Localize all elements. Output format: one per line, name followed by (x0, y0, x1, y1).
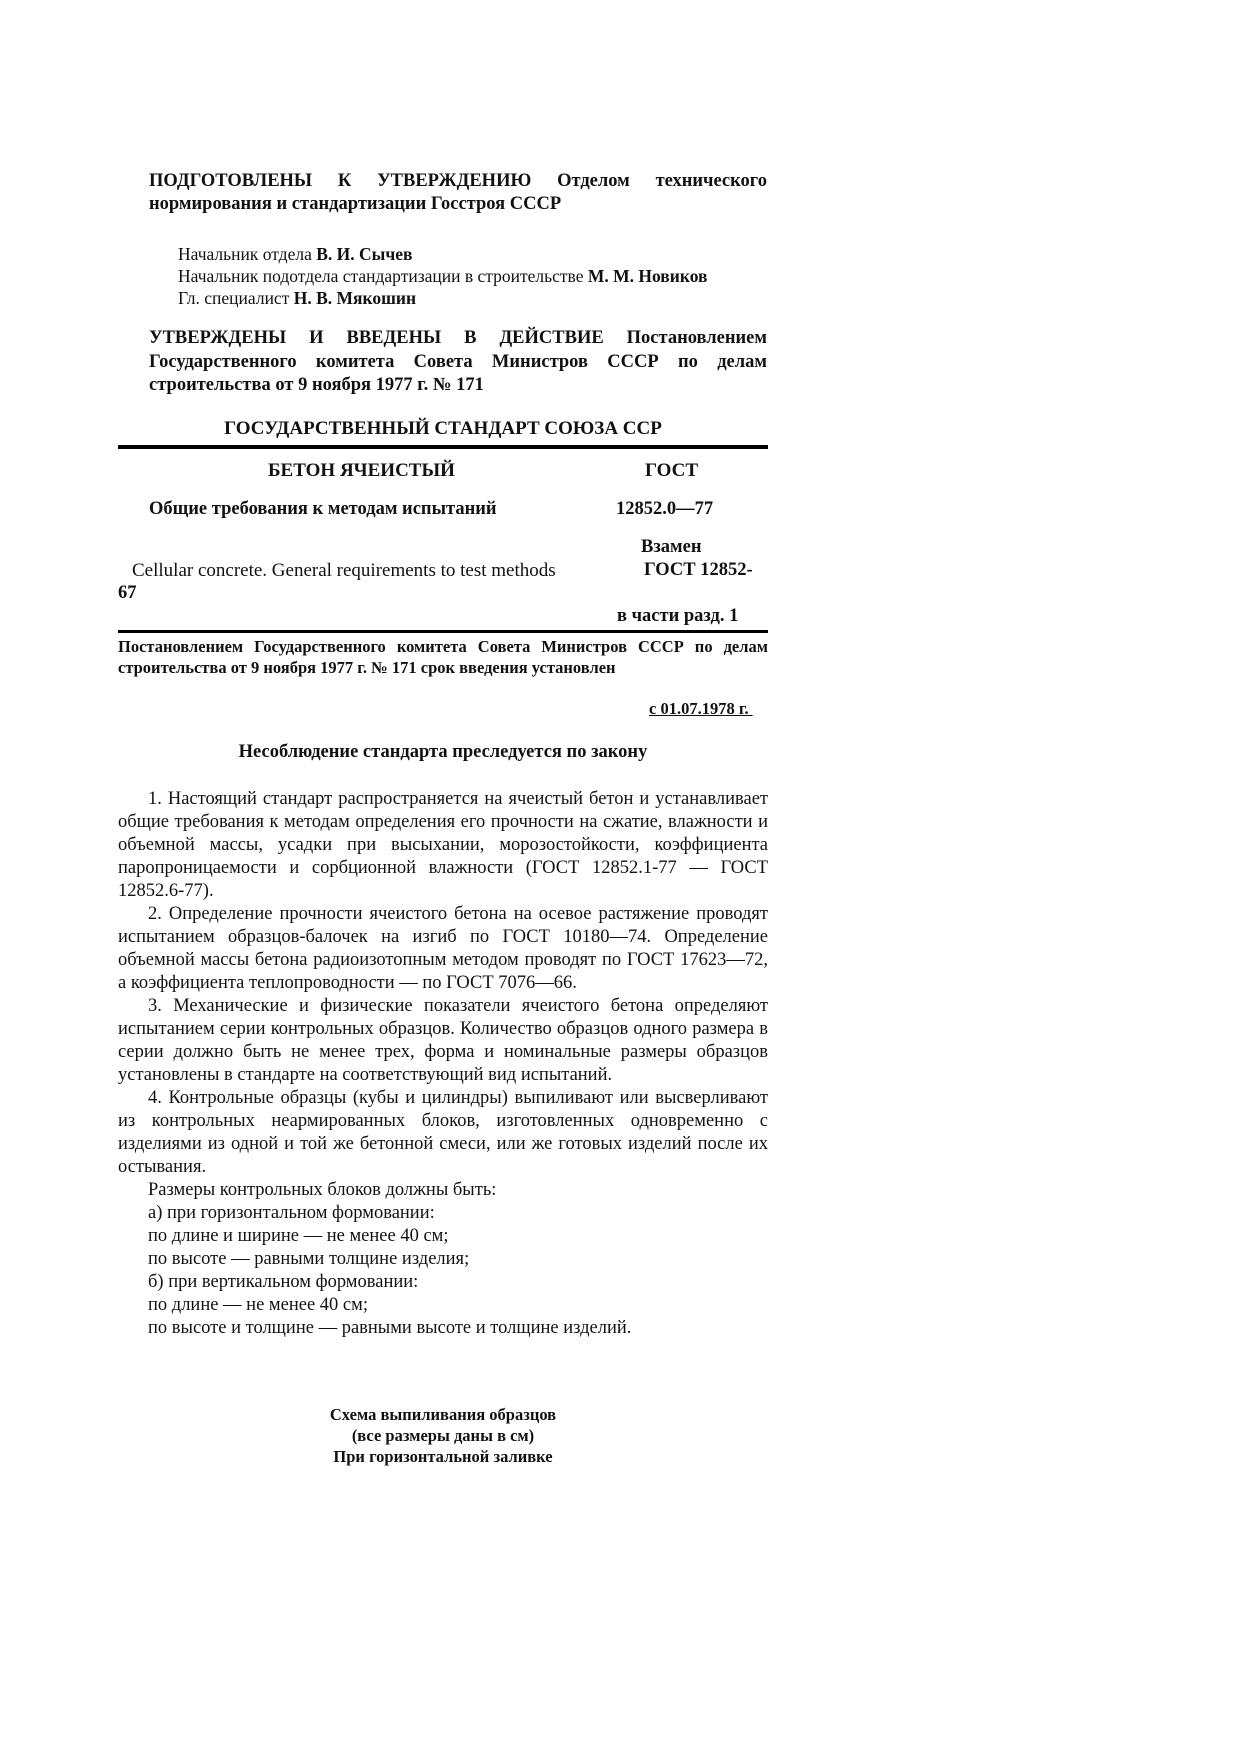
list-item: по длине — не менее 40 см; (118, 1294, 768, 1317)
staff-role: Начальник подотдела стандартизации в стр… (178, 266, 583, 286)
effective-date: с 01.07.1978 г. (649, 699, 753, 719)
header-top-rule (118, 445, 768, 449)
paragraph-2: 2. Определение прочности ячеистого бетон… (118, 903, 768, 995)
list-item: по высоте и толщине — равными высоте и т… (118, 1317, 768, 1340)
staff-row: Начальник отдела В. И. Сычев (178, 243, 798, 265)
header-bottom-rule (118, 630, 768, 633)
gost-number: 12852.0—77 (616, 499, 713, 520)
approved-lead: УТВЕРЖДЕНЫ И ВВЕДЕНЫ В ДЕЙСТВИЕ (149, 328, 604, 348)
document-title: БЕТОН ЯЧЕИСТЫЙ (268, 460, 455, 482)
staff-row: Гл. специалист Н. В. Мякошин (178, 287, 798, 309)
list-item: по высоте — равными толщине изделия; (118, 1248, 768, 1271)
scheme-caption: Схема выпиливания образцов (все размеры … (118, 1404, 768, 1467)
document-page: ПОДГОТОВЛЕНЫ К УТВЕРЖДЕНИЮ Отделом техни… (0, 0, 1240, 1753)
prepared-lead: ПОДГОТОВЛЕНЫ К УТВЕРЖДЕНИЮ (149, 171, 531, 191)
document-subtitle: Общие требования к методам испытаний (149, 499, 497, 520)
sizes-intro: Размеры контрольных блоков должны быть: (118, 1179, 768, 1202)
staff-role: Начальник отдела (178, 244, 312, 264)
law-notice: Несоблюдение стандарта преследуется по з… (118, 742, 768, 763)
replaced-gost: ГОСТ 12852- (644, 560, 753, 581)
staff-name: М. М. Новиков (588, 266, 708, 286)
staff-name: В. И. Сычев (316, 244, 412, 264)
scheme-title: Схема выпиливания образцов (118, 1404, 768, 1425)
list-item: а) при горизонтальном формовании: (118, 1202, 768, 1225)
replaced-part: в части разд. 1 (617, 606, 738, 627)
staff-list: Начальник отдела В. И. Сычев Начальник п… (178, 243, 798, 309)
scheme-case: При горизонтальной заливке (118, 1446, 768, 1467)
standard-union-heading: ГОСУДАРСТВЕННЫЙ СТАНДАРТ СОЮЗА ССР (118, 418, 768, 440)
staff-name: Н. В. Мякошин (294, 288, 416, 308)
decree-text: Постановлением Государственного комитета… (118, 636, 768, 678)
replaced-gost-continuation: 67 (118, 583, 137, 604)
staff-row: Начальник подотдела стандартизации в стр… (178, 265, 798, 287)
body-text: 1. Настоящий стандарт распространяется н… (118, 788, 768, 1340)
staff-role: Гл. специалист (178, 288, 289, 308)
paragraph-1: 1. Настоящий стандарт распространяется н… (118, 788, 768, 903)
scheme-units: (все размеры даны в см) (118, 1425, 768, 1446)
approved-block: УТВЕРЖДЕНЫ И ВВЕДЕНЫ В ДЕЙСТВИЕ Постанов… (149, 327, 767, 398)
prepared-by-block: ПОДГОТОВЛЕНЫ К УТВЕРЖДЕНИЮ Отделом техни… (149, 170, 767, 216)
replace-label: Взамен (641, 537, 702, 558)
paragraph-3: 3. Механические и физические показатели … (118, 995, 768, 1087)
list-item: по длине и ширине — не менее 40 см; (118, 1225, 768, 1248)
gost-label: ГОСТ (645, 460, 698, 482)
paragraph-4: 4. Контрольные образцы (кубы и цилиндры)… (118, 1087, 768, 1179)
list-item: б) при вертикальном формовании: (118, 1271, 768, 1294)
english-title: Cellular concrete. General requirements … (132, 560, 556, 582)
